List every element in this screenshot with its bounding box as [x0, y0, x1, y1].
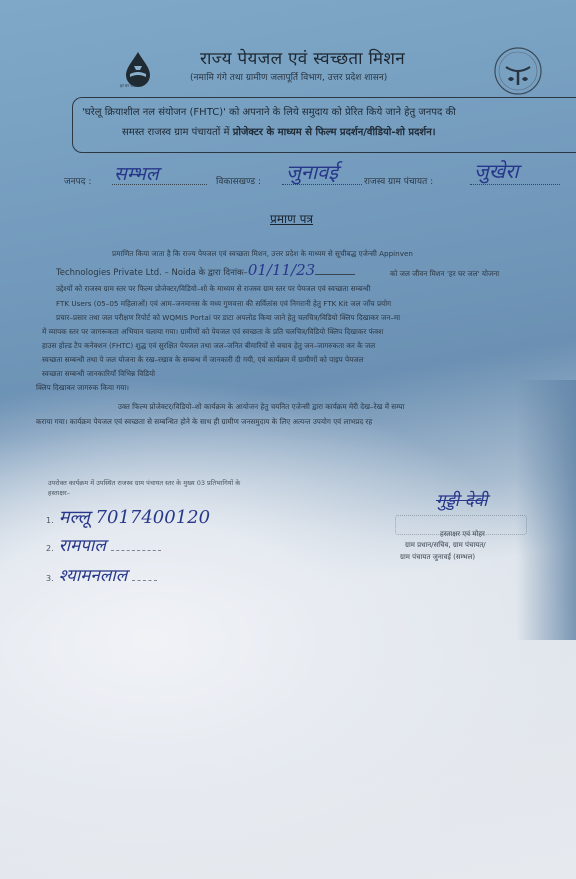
participant-signature: मल्लू 7017400120	[59, 507, 210, 528]
body-line: प्रमाणित किया जाता है कि राज्य पेयजल एवं…	[112, 248, 413, 260]
page-subtitle: (नमामि गंगे तथा ग्रामीण जलापूर्ति विभाग,…	[190, 70, 387, 83]
participant-signature: श्यामनलाल	[59, 566, 128, 586]
participant-signature: रामपाल	[59, 536, 106, 556]
body-line: हाउस होल्ड टैप कनेक्शन (FHTC) शुद्ध एवं …	[42, 340, 375, 352]
body-line: कराया गया। कार्यक्रम पेयजल एवं स्वच्छता …	[36, 416, 372, 428]
date-underline	[315, 274, 355, 275]
body-line: उद्देश्यों को राजस्व ग्राम स्तर पर फिल्म…	[56, 283, 370, 295]
up-emblem-icon	[492, 45, 544, 97]
body-line: प्रचार–प्रसार तथा जल परीक्षण रिपोर्ट को …	[56, 312, 400, 324]
district-value: सम्भल	[114, 160, 159, 186]
photo-shadow	[516, 380, 576, 640]
panchayat-label: राजस्व ग्राम पंचायत :	[364, 174, 433, 187]
page-title: राज्य पेयजल एवं स्वच्छता मिशन	[200, 46, 405, 69]
district-label: जनपद :	[64, 174, 91, 187]
banner-line-1: 'घरेलू क्रियाशील नल संयोजन (FHTC)' को अप…	[82, 104, 456, 118]
body-line: को जल जीवन मिशन 'हर घर जल' योजना	[390, 268, 499, 280]
certificate-heading: प्रमाण पत्र	[270, 210, 313, 227]
participants-intro: उपरोक्त कार्यक्रम में उपस्थित राजस्व ग्र…	[48, 478, 240, 487]
official-line: ग्राम प्रधान/सचिव, ग्राम पंचायत/	[405, 541, 486, 550]
signature-line	[111, 550, 161, 551]
body-line: उक्त फिल्म प्रोजेक्टर/विडियो–शो कार्यक्र…	[118, 401, 404, 413]
body-line: FTK Users (05–05 महिलाओं) एवं आम–जनमानस …	[56, 298, 391, 310]
participant-number: 1.	[46, 516, 54, 525]
body-line: स्वच्छता सम्बन्धी जानकारियाँ विभिन्न विड…	[42, 368, 155, 380]
banner-line-2-normal: समस्त राजस्व ग्राम पंचायतों में	[122, 127, 233, 138]
participant-number: 2.	[46, 544, 54, 553]
participant-row: 1. मल्लू 7017400120	[46, 505, 210, 529]
body-line: क्लिप दिखाकर जागरुक किया गया।	[36, 382, 129, 394]
participant-row: 2. रामपाल	[46, 533, 161, 556]
block-value: जुनावई	[286, 158, 338, 185]
body-line: Technologies Private Ltd. – Noida के द्व…	[56, 264, 355, 279]
banner-line-2-bold: प्रोजेक्टर के माध्यम से फिल्म प्रदर्शन/व…	[233, 127, 436, 138]
participant-number: 3.	[46, 574, 54, 583]
body-line: स्वच्छता सम्बन्धी तथा पे जल योजना के रख–…	[42, 354, 363, 366]
official-signature: गुड्डी देवी	[436, 488, 487, 511]
official-line: हस्ताक्षर एवं मोहर	[440, 530, 485, 539]
body-line: में व्यापक स्तर पर जागरूकता अभियान चलाया…	[42, 326, 383, 338]
block-label: विकासखण्ड :	[216, 174, 261, 187]
participants-intro-2: हस्ताक्षर–	[48, 488, 70, 497]
panchayat-value: जुखेरा	[474, 157, 519, 184]
body-line-text: Technologies Private Ltd. – Noida के द्व…	[56, 268, 248, 278]
har-ghar-jal-logo-icon: हर घर जल	[118, 50, 158, 92]
signature-line	[132, 580, 157, 581]
logo-caption: हर घर जल	[120, 83, 136, 89]
participant-row: 3. श्यामनलाल	[46, 563, 157, 586]
official-line: ग्राम पंचायत जुनावई (सम्भल)	[400, 553, 475, 562]
date-value: 01/11/23	[248, 261, 315, 279]
banner-line-2: समस्त राजस्व ग्राम पंचायतों में प्रोजेक्…	[122, 124, 436, 138]
